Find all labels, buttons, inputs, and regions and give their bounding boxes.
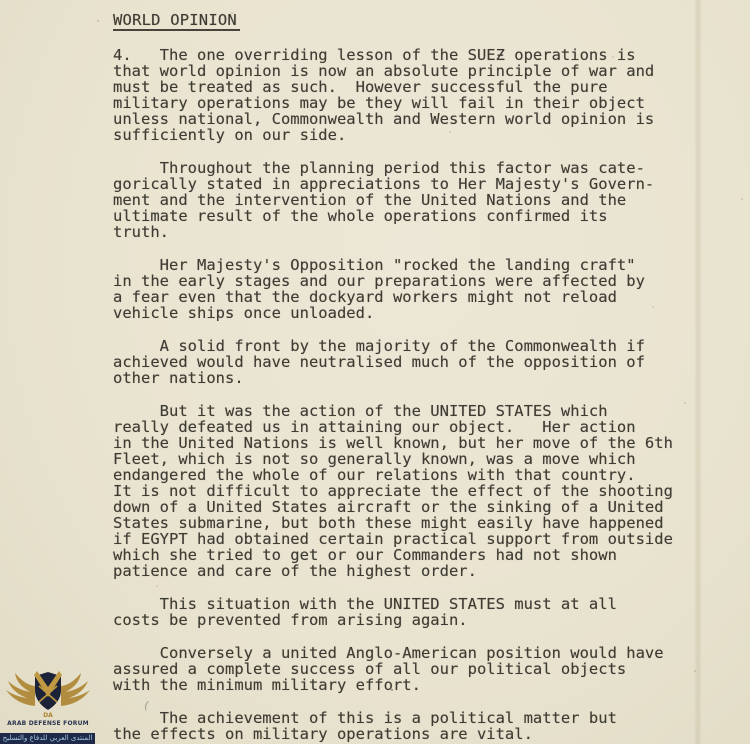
arab-defense-forum-watermark: DA ARAB DEFENSE FORUM المنتدى العربي للد…	[0, 660, 100, 744]
paragraph-4: A solid front by the majority of the Com…	[113, 338, 713, 386]
left-wing-icon	[6, 673, 35, 706]
paper-specks	[0, 0, 2, 2]
page-title: WORLD OPINION	[113, 12, 240, 31]
paragraph-8: The achievement of this is a political m…	[113, 710, 713, 742]
paragraph-2: Throughout the planning period this fact…	[113, 160, 713, 240]
paragraph-1: 4. The one overriding lesson of the SUEƵ…	[113, 47, 713, 143]
scanned-document-page: WORLD OPINION 4. The one overriding less…	[0, 0, 750, 744]
paragraph-3: Her Majesty's Opposition "rocked the lan…	[113, 257, 713, 321]
paragraph-6: This situation with the UNITED STATES mu…	[113, 596, 713, 628]
stray-ink-dot	[391, 689, 393, 691]
paragraph-7: Conversely a united Anglo-American posit…	[113, 645, 713, 693]
adf-emblem-icon	[4, 670, 92, 716]
right-wing-icon	[61, 673, 90, 706]
adf-name-english: ARAB DEFENSE FORUM	[4, 720, 92, 728]
paragraph-5: But it was the action of the UNITED STAT…	[113, 403, 713, 579]
adf-initials: DA	[6, 712, 90, 719]
adf-name-arabic: المنتدى العربي للدفاع والتسليح	[0, 733, 95, 744]
document-body: WORLD OPINION 4. The one overriding less…	[113, 12, 713, 742]
